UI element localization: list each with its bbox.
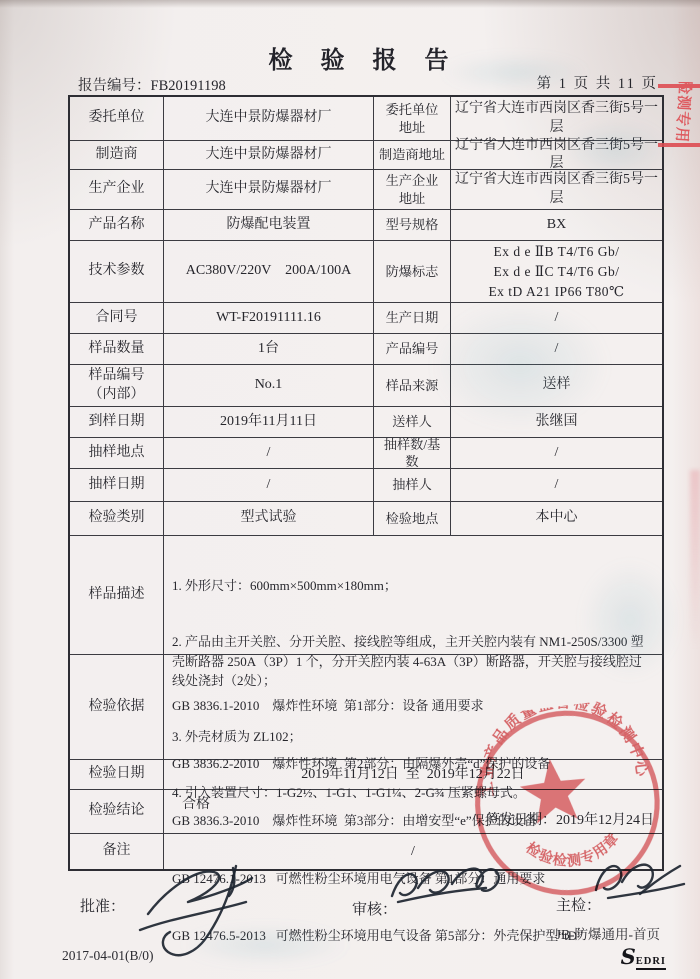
row-label: 样品描述: [70, 536, 164, 654]
report-number-value: FB20191198: [151, 78, 226, 94]
row-label: 检验依据: [70, 655, 164, 759]
report-number-line: 报告编号：FB20191198: [78, 74, 226, 95]
row-value: 型式试验: [164, 502, 374, 535]
row-label: 技术参数: [70, 241, 164, 302]
row-label: 抽样地点: [70, 438, 164, 468]
row-value: BX: [451, 210, 662, 240]
table-row: 制造商 大连中景防爆器材厂 制造商地址 辽宁省大连市西岗区香三街5号一层: [70, 141, 662, 170]
ex-marking-line: Ex d e ⅡC T4/T6 Gb/: [493, 262, 619, 282]
row-value: 大连中景防爆器材厂: [164, 170, 374, 209]
table-row-technical-params: 技术参数 AC380V/220V 200A/100A 防爆标志 Ex d e Ⅱ…: [70, 241, 662, 303]
row-value: AC380V/220V 200A/100A: [164, 241, 374, 302]
ex-marking-line: Ex tD A21 IP66 T80℃: [488, 282, 624, 302]
report-number-label: 报告编号：: [78, 78, 151, 94]
side-edge-stamp: 检测专用: [658, 82, 700, 160]
row-value: 大连中景防爆器材厂: [164, 141, 374, 169]
row-label: 样品编号 （内部）: [70, 365, 164, 406]
row-value: WT-F20191111.16: [164, 303, 374, 333]
row-label: 合同号: [70, 303, 164, 333]
row-value: /: [451, 303, 662, 333]
row-value: 辽宁省大连市西岗区香三街5号一层: [451, 170, 662, 209]
row-label: 产品编号: [374, 334, 451, 364]
review-label: 审核：: [352, 898, 397, 919]
table-row: 到样日期 2019年11月11日 送样人 张继国: [70, 407, 662, 438]
ex-marking-value: Ex d e ⅡB T4/T6 Gb/ Ex d e ⅡC T4/T6 Gb/ …: [451, 241, 662, 302]
page-title: 检 验 报 告: [68, 40, 660, 75]
row-label: 生产日期: [374, 303, 451, 333]
table-row: 抽样地点 / 抽样数/基数 /: [70, 438, 662, 469]
table-row: 合同号 WT-F20191111.16 生产日期 /: [70, 303, 662, 334]
row-value: 辽宁省大连市西岗区香三街5号一层: [451, 141, 662, 169]
page-indicator: 第 1 页 共 11 页: [537, 72, 658, 93]
table-row: 抽样日期 / 抽样人 /: [70, 469, 662, 502]
table-row: 生产企业 大连中景防爆器材厂 生产企业 地址 辽宁省大连市西岗区香三街5号一层: [70, 170, 662, 210]
table-row-sample-description: 样品描述 1. 外形尺寸：600mm×500mm×180mm； 2. 产品由主开…: [70, 536, 662, 655]
doc-code: JB-防爆通用-首页: [556, 923, 660, 943]
description-line: 1. 外形尺寸：600mm×500mm×180mm；: [172, 576, 654, 595]
row-value: 张继国: [451, 407, 662, 437]
row-value: 防爆配电装置: [164, 210, 374, 240]
row-label: 抽样人: [374, 469, 451, 501]
table-row: 产品名称 防爆配电装置 型号规格 BX: [70, 210, 662, 241]
row-label: 样品来源: [374, 365, 451, 406]
row-label: 送样人: [374, 407, 451, 437]
row-value: 2019年11月11日: [164, 407, 374, 437]
row-value: /: [451, 438, 662, 468]
stamp-bar: [658, 143, 700, 147]
row-value: 本中心: [451, 502, 662, 535]
row-label: 防爆标志: [374, 241, 451, 302]
pink-edge-mark: [690, 470, 700, 650]
row-label: 检验结论: [70, 790, 164, 833]
row-label: 抽样日期: [70, 469, 164, 501]
row-value: 辽宁省大连市西岗区香三街5号一层: [451, 97, 662, 140]
row-value: /: [451, 334, 662, 364]
row-label: 检验类别: [70, 502, 164, 535]
row-label: 委托单位: [70, 97, 164, 140]
row-label: 检验日期: [70, 760, 164, 789]
round-inspection-stamp: 工业产品质量监督检验检测中心 检验检测专用章: [454, 694, 681, 921]
row-label: 制造商地址: [374, 141, 451, 169]
stamp-star: [517, 755, 590, 825]
row-value: 大连中景防爆器材厂: [164, 97, 374, 140]
row-value: /: [451, 469, 662, 501]
ex-marking-line: Ex d e ⅡB T4/T6 Gb/: [493, 242, 619, 262]
row-label: 制造商: [70, 141, 164, 169]
table-row: 检验类别 型式试验 检验地点 本中心: [70, 502, 662, 536]
sedri-logo: SEDRI: [621, 944, 666, 969]
approve-label: 批准：: [80, 895, 125, 916]
logo-s-glyph: S: [621, 944, 636, 969]
row-label: 生产企业: [70, 170, 164, 209]
row-value: No.1: [164, 365, 374, 406]
table-row: 委托单位 大连中景防爆器材厂 委托单位 地址 辽宁省大连市西岗区香三街5号一层: [70, 97, 662, 141]
table-row: 样品编号 （内部） No.1 样品来源 送样: [70, 365, 662, 407]
form-code: 2017-04-01(B/0): [62, 948, 154, 964]
table-row: 样品数量 1台 产品编号 /: [70, 334, 662, 365]
conclusion-value: 合格: [182, 796, 210, 814]
stamp-arc-bottom-text: 检验检测专用章: [521, 827, 626, 875]
row-label: 抽样数/基数: [374, 438, 451, 468]
inspection-report-page: 检 验 报 告 报告编号：FB20191198 第 1 页 共 11 页 委托单…: [0, 0, 700, 979]
row-value: 送样: [451, 365, 662, 406]
logo-text: EDRI: [636, 956, 666, 970]
row-label: 产品名称: [70, 210, 164, 240]
row-value: 1台: [164, 334, 374, 364]
sample-description-value: 1. 外形尺寸：600mm×500mm×180mm； 2. 产品由主开关腔、分开…: [164, 536, 662, 654]
row-label: 生产企业 地址: [374, 170, 451, 209]
row-value: /: [164, 438, 374, 468]
row-label: 检验地点: [374, 502, 451, 535]
row-value: /: [164, 469, 374, 501]
row-label: 备注: [70, 834, 164, 869]
row-label: 到样日期: [70, 407, 164, 437]
row-label: 型号规格: [374, 210, 451, 240]
side-stamp-text: 检测专用: [673, 82, 693, 126]
row-label: 样品数量: [70, 334, 164, 364]
row-label: 委托单位 地址: [374, 97, 451, 140]
